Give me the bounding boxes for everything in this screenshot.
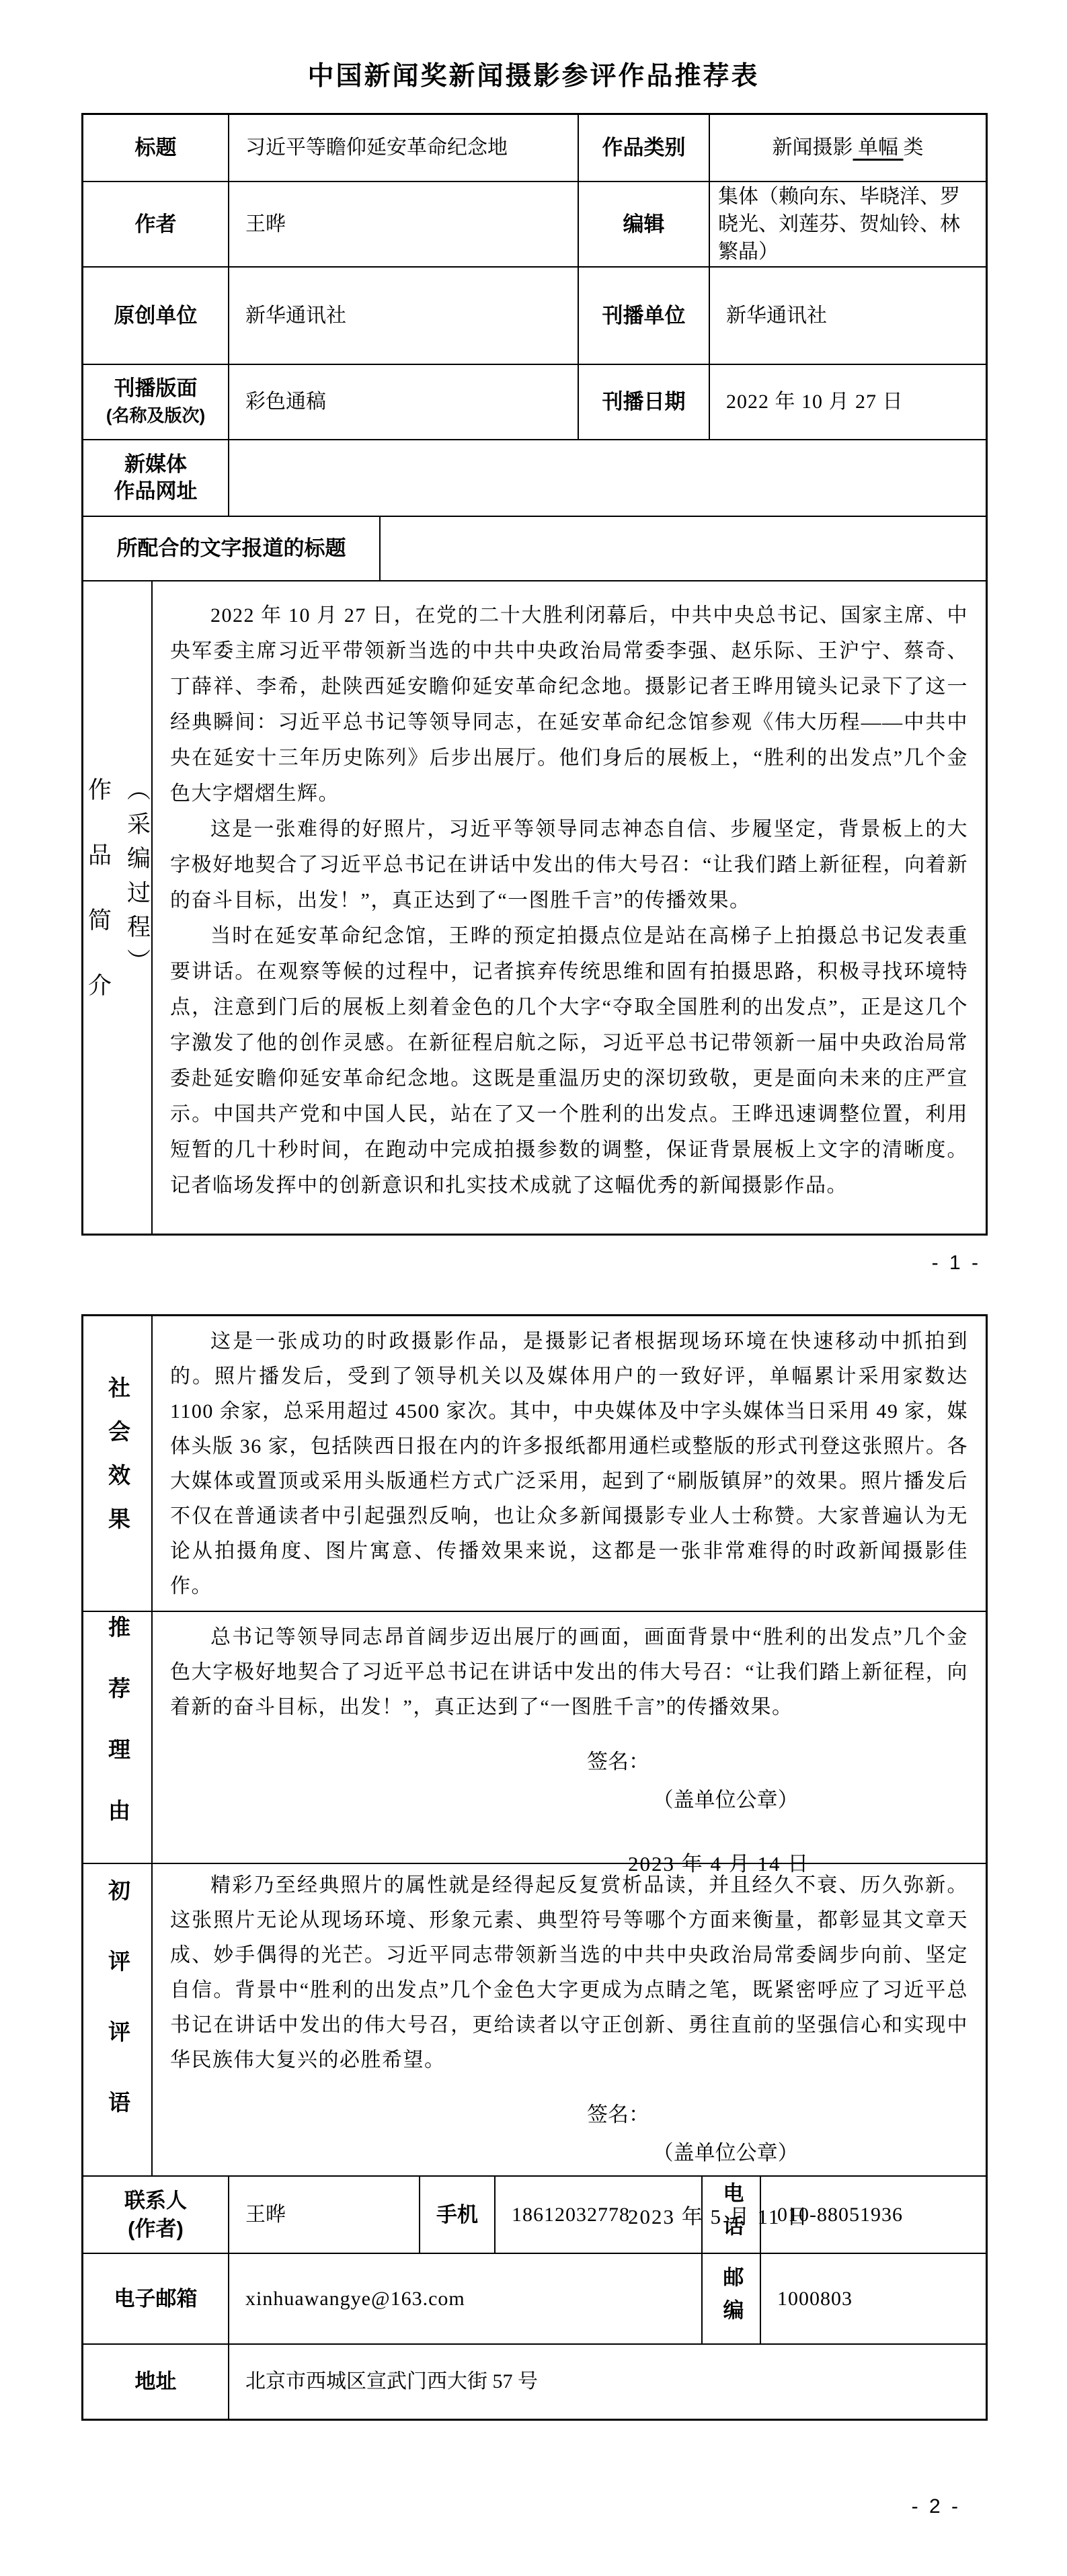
address-value: 北京市西城区宣武门西大街 57 号 [229,2345,986,2419]
table-row: 初评评语 精彩乃至经典照片的属性就是经得起反复赏析品读，并且经久不衰、历久弥新。… [83,1864,986,2177]
page-number-1: - 1 - [932,1252,981,1275]
contact-label-line2: (作者) [128,2215,184,2243]
newmedia-url-value [229,440,986,516]
table-row: 电子邮箱 xinhuawangye@163.com 邮编 1000803 [83,2254,986,2345]
origin-unit-value: 新华通讯社 [229,268,579,364]
page-title: 中国新闻奖新闻摄影参评作品推荐表 [0,55,1067,93]
layout-value: 彩色通稿 [229,365,579,439]
intro-label-paren: （采编过程） [120,777,154,1038]
recommend-signature-block: 签名： （盖单位公章） 2023 年 4 月 14 日 [153,1725,986,1881]
table-row: 标题 习近平等瞻仰延安革命纪念地 作品类别 新闻摄影 单幅 类 [83,115,986,182]
layout-label: 刊播版面 (名称及版次) [83,365,229,439]
evaluation-table: 社会效果 这是一张成功的时政摄影作品，是摄影记者根据现场环境在快速移动中抓拍到的… [81,1314,988,2421]
text-report-title-label: 所配合的文字报道的标题 [83,517,381,580]
origin-unit-label: 原创单位 [83,268,229,364]
signature-label: 签名： [587,1742,972,1781]
mobile-value: 18612032778 [496,2177,703,2253]
table-row: 地址 北京市西城区宣武门西大街 57 号 [83,2345,986,2419]
preliminary-review-content: 精彩乃至经典照片的属性就是经得起反复赏析品读，并且经久不衰、历久弥新。这张照片无… [153,1864,986,2175]
table-row: 新媒体 作品网址 [83,440,986,517]
title-label: 标题 [83,115,229,181]
publish-date-label: 刊播日期 [579,365,710,439]
publish-date-value: 2022 年 10 月 27 日 [710,365,986,439]
author-value: 王晔 [229,182,579,266]
layout-label-line2: (名称及版次) [106,402,205,429]
newmedia-label-line1: 新媒体 [124,451,187,478]
author-label: 作者 [83,182,229,266]
title-value: 习近平等瞻仰延安革命纪念地 [229,115,579,181]
mobile-label: 手机 [420,2177,496,2253]
table-row: 刊播版面 (名称及版次) 彩色通稿 刊播日期 2022 年 10 月 27 日 [83,365,986,440]
phone-label: 电话 [703,2177,761,2253]
signature-label: 签名： [587,2095,972,2134]
unit-seal-note: （盖单位公章） [653,2134,972,2172]
contact-person-value: 王晔 [229,2177,420,2253]
email-label: 电子邮箱 [83,2254,229,2343]
table-row: 推荐理由 总书记等领导同志昂首阔步迈出展厅的画面，画面背景中“胜利的出发点”几个… [83,1612,986,1864]
social-effect-label: 社会效果 [83,1316,153,1611]
publish-unit-label: 刊播单位 [579,268,710,364]
table-row: 作品简介 （采编过程） 2022 年 10 月 27 日，在党的二十大胜利闭幕后… [83,581,986,1234]
unit-seal-note: （盖单位公章） [653,1781,972,1819]
editor-label: 编辑 [579,182,710,266]
email-value: xinhuawangye@163.com [229,2254,703,2343]
social-effect-paragraphs: 这是一张成功的时政摄影作品，是摄影记者根据现场环境在快速移动中抓拍到的。照片播发… [153,1316,986,1604]
address-label: 地址 [83,2345,229,2419]
social-effect-content: 这是一张成功的时政摄影作品，是摄影记者根据现场环境在快速移动中抓拍到的。照片播发… [153,1316,986,1611]
intro-paragraphs: 2022 年 10 月 27 日，在党的二十大胜利闭幕后，中共中央总书记、国家主… [153,581,986,1203]
table-row: 原创单位 新华通讯社 刊播单位 新华通讯社 [83,268,986,365]
table-row: 作者 王晔 编辑 集体（赖向东、毕晓洋、罗晓光、刘莲芬、贺灿铃、林繁晶） [83,182,986,268]
recommend-reason-content: 总书记等领导同志昂首阔步迈出展厅的画面，画面背景中“胜利的出发点”几个金色大字极… [153,1612,986,1863]
recommend-reason-label: 推荐理由 [83,1612,153,1863]
category-underlined: 单幅 [853,134,904,162]
layout-label-line1: 刊播版面 [114,375,198,402]
zip-label: 邮编 [703,2254,761,2343]
review-paragraphs: 精彩乃至经典照片的属性就是经得起反复赏析品读，并且经久不衰、历久弥新。这张照片无… [153,1864,986,2078]
phone-value: 010-88051936 [761,2177,986,2253]
zip-value: 1000803 [761,2254,986,2343]
contact-label-line1: 联系人 [124,2187,187,2215]
table-row: 所配合的文字报道的标题 [83,517,986,581]
basic-info-table: 标题 习近平等瞻仰延安革命纪念地 作品类别 新闻摄影 单幅 类 作者 王晔 编辑… [81,113,988,1236]
editor-value: 集体（赖向东、毕晓洋、罗晓光、刘莲芬、贺灿铃、林繁晶） [710,182,986,266]
category-label: 作品类别 [579,115,710,181]
newmedia-label-line2: 作品网址 [114,478,198,505]
category-suffix: 类 [904,134,924,162]
table-row: 社会效果 这是一张成功的时政摄影作品，是摄影记者根据现场环境在快速移动中抓拍到的… [83,1316,986,1612]
table-row: 联系人 (作者) 王晔 手机 18612032778 电话 010-880519… [83,2177,986,2254]
category-value: 新闻摄影 单幅 类 [710,115,986,181]
intro-content: 2022 年 10 月 27 日，在党的二十大胜利闭幕后，中共中央总书记、国家主… [153,581,986,1234]
category-prefix: 新闻摄影 [773,134,853,162]
intro-label: 作品简介 （采编过程） [83,581,153,1234]
preliminary-review-label: 初评评语 [83,1864,153,2175]
publish-unit-value: 新华通讯社 [710,268,986,364]
newmedia-url-label: 新媒体 作品网址 [83,440,229,516]
recommend-paragraphs: 总书记等领导同志昂首阔步迈出展厅的画面，画面背景中“胜利的出发点”几个金色大字极… [153,1612,986,1725]
page-number-2: - 2 - [912,2495,961,2518]
intro-label-main: 作品简介 [81,777,115,1038]
text-report-title-value [381,517,986,580]
contact-person-label: 联系人 (作者) [83,2177,229,2253]
recommendation-form-page: 中国新闻奖新闻摄影参评作品推荐表 标题 习近平等瞻仰延安革命纪念地 作品类别 新… [0,0,1067,2576]
